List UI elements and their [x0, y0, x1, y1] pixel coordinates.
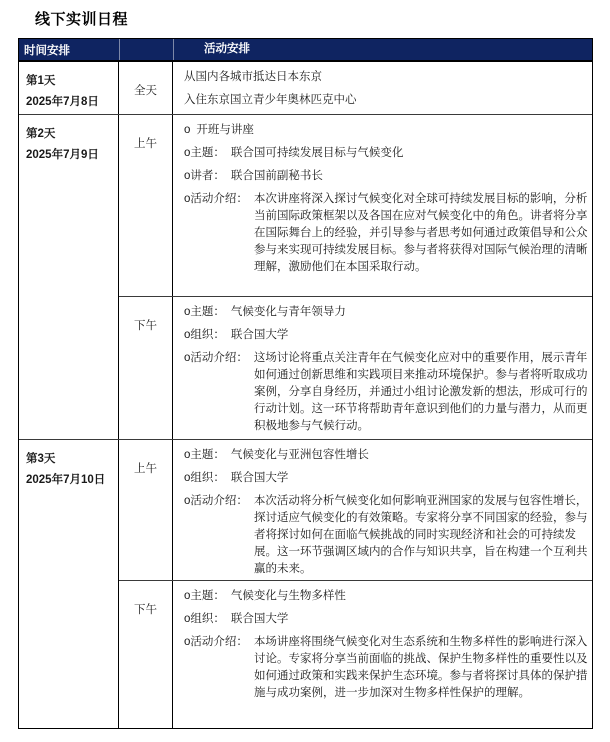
session-activity-cell: o主题：气候变化与青年领导力o组织：联合国大学o活动介绍：这场讨论将重点关注青年… — [173, 297, 592, 439]
activity-item: o活动介绍：这场讨论将重点关注青年在气候变化应对中的重要作用，展示青年如何通过创… — [184, 350, 588, 435]
session-row: 下午o主题：气候变化与青年领导力o组织：联合国大学o活动介绍：这场讨论将重点关注… — [119, 296, 592, 439]
item-text: 本场讲座将围绕气候变化对生态系统和生物多样性的影响进行深入讨论。专家将分享当前面… — [254, 636, 588, 699]
item-text: 联合国可持续发展目标与气候变化 — [231, 147, 404, 159]
activity-item: 入住东京国立青少年奥林匹克中心 — [184, 92, 588, 109]
schedule-body: 第1天2025年7月8日全天从国内各城市抵达日本东京入住东京国立青少年奥林匹克中… — [19, 62, 592, 728]
day-label: 第3天 — [26, 449, 116, 470]
day-date-cell: 第2天2025年7月9日 — [19, 115, 119, 439]
day-row: 第3天2025年7月10日上午o主题：气候变化与亚洲包容性增长o组织：联合国大学… — [19, 439, 592, 728]
item-text: 联合国前副秘书长 — [231, 170, 323, 182]
item-bullet-label: o组织： — [184, 329, 225, 341]
day-date: 2025年7月9日 — [26, 145, 116, 166]
activity-item: o活动介绍：本场讲座将围绕气候变化对生态系统和生物多样性的影响进行深入讨论。专家… — [184, 634, 588, 702]
item-bullet-label: o活动介绍： — [184, 193, 248, 205]
activity-item: 从国内各城市抵达日本东京 — [184, 69, 588, 86]
schedule-table: 时间安排 活动安排 第1天2025年7月8日全天从国内各城市抵达日本东京入住东京… — [18, 38, 593, 729]
item-bullet-label: o主题： — [184, 147, 225, 159]
day-label: 第1天 — [26, 71, 116, 92]
activity-item: o活动介绍：本次讲座将深入探讨气候变化对全球可持续发展目标的影响，分析当前国际政… — [184, 191, 588, 276]
item-bullet-label: o组织： — [184, 613, 225, 625]
item-text: 本次讲座将深入探讨气候变化对全球可持续发展目标的影响，分析当前国际政策框架以及各… — [254, 193, 588, 273]
item-text: 入住东京国立青少年奥林匹克中心 — [184, 94, 357, 106]
activity-item: o主题：气候变化与青年领导力 — [184, 304, 588, 321]
day-row: 第2天2025年7月9日上午o开班与讲座o主题：联合国可持续发展目标与气候变化o… — [19, 114, 592, 439]
table-header-row: 时间安排 活动安排 — [19, 39, 592, 62]
day-sessions: 上午o开班与讲座o主题：联合国可持续发展目标与气候变化o讲者：联合国前副秘书长o… — [119, 115, 592, 439]
activity-item: o讲者：联合国前副秘书长 — [184, 168, 588, 185]
header-activity-col: 活动安排 — [173, 39, 592, 60]
session-time-cell: 下午 — [119, 581, 173, 728]
activity-item: o组织：联合国大学 — [184, 470, 588, 487]
item-text: 开班与讲座 — [196, 124, 254, 136]
activity-item: o组织：联合国大学 — [184, 611, 588, 628]
session-activity-cell: o开班与讲座o主题：联合国可持续发展目标与气候变化o讲者：联合国前副秘书长o活动… — [173, 115, 592, 296]
activity-item: o主题：气候变化与生物多样性 — [184, 588, 588, 605]
day-label: 第2天 — [26, 124, 116, 145]
session-row: 上午o主题：气候变化与亚洲包容性增长o组织：联合国大学o活动介绍：本次活动将分析… — [119, 440, 592, 580]
item-text: 联合国大学 — [231, 613, 289, 625]
header-time-col: 时间安排 — [19, 42, 119, 58]
session-row: 下午o主题：气候变化与生物多样性o组织：联合国大学o活动介绍：本场讲座将围绕气候… — [119, 580, 592, 728]
item-text: 联合国大学 — [231, 329, 289, 341]
session-time-cell: 上午 — [119, 115, 173, 296]
item-bullet-label: o活动介绍： — [184, 495, 248, 507]
item-text: 联合国大学 — [231, 472, 289, 484]
item-bullet-label: o主题： — [184, 449, 225, 461]
day-date: 2025年7月10日 — [26, 470, 116, 491]
day-date-cell: 第1天2025年7月8日 — [19, 62, 119, 114]
item-bullet-label: o主题： — [184, 590, 225, 602]
activity-item: o主题：气候变化与亚洲包容性增长 — [184, 447, 588, 464]
session-row: 全天从国内各城市抵达日本东京入住东京国立青少年奥林匹克中心 — [119, 62, 592, 114]
item-bullet-label: o活动介绍： — [184, 352, 248, 364]
session-activity-cell: 从国内各城市抵达日本东京入住东京国立青少年奥林匹克中心 — [173, 62, 592, 114]
session-time-cell: 全天 — [119, 62, 173, 114]
session-activity-cell: o主题：气候变化与亚洲包容性增长o组织：联合国大学o活动介绍：本次活动将分析气候… — [173, 440, 592, 580]
session-activity-cell: o主题：气候变化与生物多样性o组织：联合国大学o活动介绍：本场讲座将围绕气候变化… — [173, 581, 592, 728]
item-text: 气候变化与亚洲包容性增长 — [231, 449, 369, 461]
day-date-cell: 第3天2025年7月10日 — [19, 440, 119, 728]
day-date: 2025年7月8日 — [26, 92, 116, 113]
day-sessions: 上午o主题：气候变化与亚洲包容性增长o组织：联合国大学o活动介绍：本次活动将分析… — [119, 440, 592, 728]
page-title: 线下实训日程 — [35, 10, 610, 30]
item-text: 本次活动将分析气候变化如何影响亚洲国家的发展与包容性增长，探讨适应气候变化的有效… — [254, 495, 588, 575]
item-bullet-label: o讲者： — [184, 170, 225, 182]
item-text: 这场讨论将重点关注青年在气候变化应对中的重要作用，展示青年如何通过创新思维和实践… — [254, 352, 588, 432]
activity-item: o开班与讲座 — [184, 122, 588, 139]
item-bullet-label: o组织： — [184, 472, 225, 484]
session-row: 上午o开班与讲座o主题：联合国可持续发展目标与气候变化o讲者：联合国前副秘书长o… — [119, 115, 592, 296]
document-page: 线下实训日程 时间安排 活动安排 第1天2025年7月8日全天从国内各城市抵达日… — [0, 0, 610, 742]
activity-item: o主题：联合国可持续发展目标与气候变化 — [184, 145, 588, 162]
item-text: 气候变化与青年领导力 — [231, 306, 346, 318]
item-bullet-label: o主题： — [184, 306, 225, 318]
session-time-cell: 下午 — [119, 297, 173, 439]
item-text: 从国内各城市抵达日本东京 — [184, 71, 322, 83]
item-bullet-label: o活动介绍： — [184, 636, 248, 648]
header-time-subcol-spacer — [119, 39, 173, 60]
activity-item: o组织：联合国大学 — [184, 327, 588, 344]
day-sessions: 全天从国内各城市抵达日本东京入住东京国立青少年奥林匹克中心 — [119, 62, 592, 114]
day-row: 第1天2025年7月8日全天从国内各城市抵达日本东京入住东京国立青少年奥林匹克中… — [19, 62, 592, 114]
activity-item: o活动介绍：本次活动将分析气候变化如何影响亚洲国家的发展与包容性增长，探讨适应气… — [184, 493, 588, 578]
session-time-cell: 上午 — [119, 440, 173, 580]
item-bullet-label: o — [184, 124, 190, 136]
item-text: 气候变化与生物多样性 — [231, 590, 346, 602]
